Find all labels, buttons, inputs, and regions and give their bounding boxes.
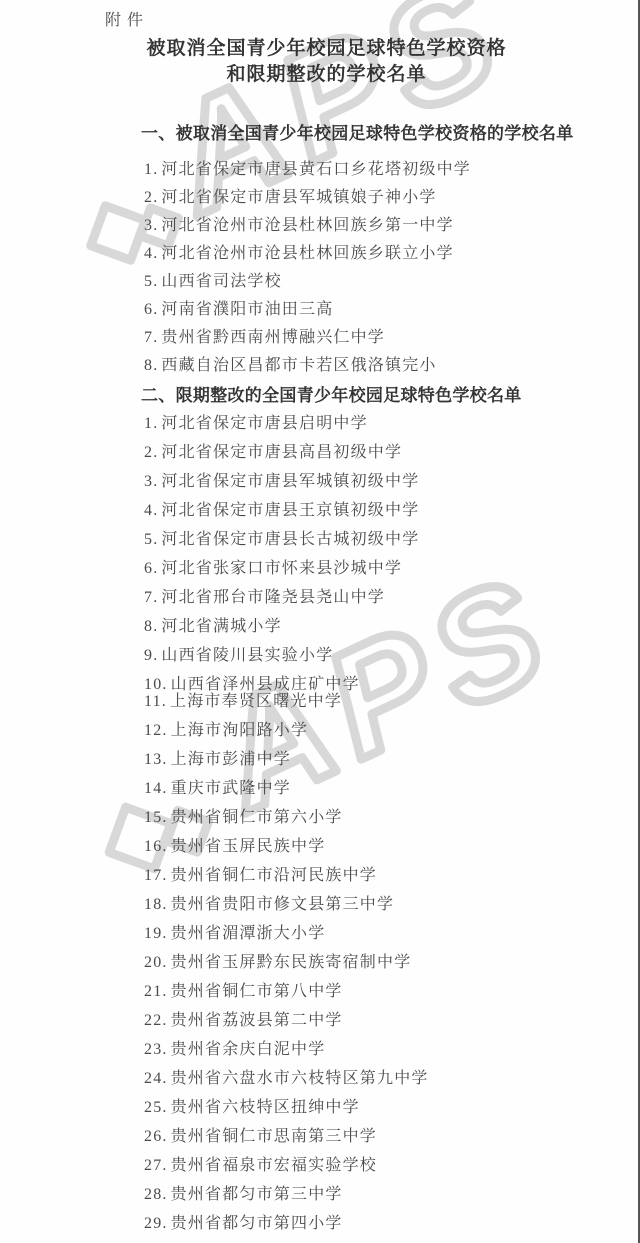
school-list-item: 3.河北省保定市唐县军城镇初级中学 [144, 473, 548, 491]
item-number: 6. [144, 560, 158, 577]
school-name: 贵州省玉屏民族中学 [171, 838, 326, 855]
school-list-item: 12.上海市洵阳路小学 [144, 722, 548, 740]
school-list-item: 7.贵州省黔西南州博融兴仁中学 [144, 329, 548, 347]
school-name: 河北省保定市唐县王京镇初级中学 [161, 502, 419, 519]
item-number: 16. [144, 838, 168, 855]
document-body: 附件 被取消全国青少年校园足球特色学校资格 和限期整改的学校名单 一、被取消全国… [0, 0, 548, 1233]
school-name: 山西省司法学校 [161, 273, 281, 290]
item-number: 22. [144, 1012, 168, 1029]
school-list-item: 19.贵州省湄潭浙大小学 [144, 925, 548, 943]
school-list-item: 28.贵州省都匀市第三中学 [144, 1186, 548, 1204]
school-list-item: 4.河北省沧州市沧县杜林回族乡联立小学 [144, 245, 548, 263]
school-name: 河北省张家口市怀来县沙城中学 [161, 560, 402, 577]
item-number: 8. [144, 618, 158, 635]
school-list-item: 5.山西省司法学校 [144, 273, 548, 291]
school-name: 贵州省黔西南州博融兴仁中学 [161, 329, 385, 346]
school-name: 河北省满城小学 [161, 618, 281, 635]
school-name: 贵州省铜仁市第八中学 [171, 983, 343, 1000]
section-2-heading: 二、限期整改的全国青少年校园足球特色学校名单 [141, 385, 548, 407]
item-number: 28. [144, 1186, 168, 1203]
school-name: 河北省邢台市隆尧县尧山中学 [161, 589, 385, 606]
item-number: 6. [144, 301, 158, 318]
school-list-item: 8.西藏自治区昌都市卡若区俄洛镇完小 [144, 357, 548, 375]
school-list-item: 1.河北省保定市唐县启明中学 [144, 415, 548, 433]
item-number: 3. [144, 473, 158, 490]
item-number: 1. [144, 415, 158, 432]
item-number: 7. [144, 329, 158, 346]
item-number: 4. [144, 502, 158, 519]
school-name: 河北省保定市唐县军城镇娘子神小学 [161, 189, 436, 206]
school-name: 贵州省六盘水市六枝特区第九中学 [171, 1070, 429, 1087]
item-number: 12. [144, 722, 168, 739]
school-list-item: 26.贵州省铜仁市思南第三中学 [144, 1128, 548, 1146]
item-number: 8. [144, 357, 158, 374]
school-list-item: 22.贵州省荔波县第二中学 [144, 1012, 548, 1030]
school-list-item: 6.河北省张家口市怀来县沙城中学 [144, 560, 548, 578]
school-list-item: 25.贵州省六枝特区扭绅中学 [144, 1099, 548, 1117]
item-number: 15. [144, 809, 168, 826]
item-number: 18. [144, 896, 168, 913]
item-number: 14. [144, 780, 168, 797]
school-name: 上海市洵阳路小学 [171, 722, 309, 739]
section-rectification-schools: 二、限期整改的全国青少年校园足球特色学校名单 1.河北省保定市唐县启明中学 2.… [105, 385, 548, 1233]
school-list-item: 8.河北省满城小学 [144, 618, 548, 636]
item-number: 25. [144, 1099, 168, 1116]
school-list-item: 17.贵州省铜仁市沿河民族中学 [144, 867, 548, 885]
document-title: 被取消全国青少年校园足球特色学校资格 和限期整改的学校名单 [105, 36, 548, 88]
item-number: 20. [144, 954, 168, 971]
document-title-line-1: 被取消全国青少年校园足球特色学校资格 [105, 36, 548, 62]
school-name: 贵州省都匀市第四小学 [171, 1215, 343, 1232]
school-name: 上海市彭浦中学 [171, 751, 291, 768]
school-list-item: 11.上海市奉贤区曙光中学 [144, 693, 548, 711]
document-title-line-2: 和限期整改的学校名单 [105, 62, 548, 88]
item-number: 1. [144, 161, 158, 178]
school-list-item: 2.河北省保定市唐县高昌初级中学 [144, 444, 548, 462]
item-number: 24. [144, 1070, 168, 1087]
school-list-item: 2.河北省保定市唐县军城镇娘子神小学 [144, 189, 548, 207]
attachment-label: 附件 [105, 12, 548, 30]
item-number: 27. [144, 1157, 168, 1174]
section-1-school-list: 1.河北省保定市唐县黄石口乡花塔初级中学 2.河北省保定市唐县军城镇娘子神小学 … [144, 161, 548, 375]
school-name: 贵州省铜仁市沿河民族中学 [171, 867, 377, 884]
school-list-item: 5.河北省保定市唐县长古城初级中学 [144, 531, 548, 549]
school-list-item: 9.山西省陵川县实验小学 [144, 647, 548, 665]
school-name: 河北省保定市唐县军城镇初级中学 [161, 473, 419, 490]
school-name: 重庆市武隆中学 [171, 780, 291, 797]
school-name: 贵州省都匀市第三中学 [171, 1186, 343, 1203]
section-2-school-list: 1.河北省保定市唐县启明中学 2.河北省保定市唐县高昌初级中学 3.河北省保定市… [144, 415, 548, 1233]
item-number: 29. [144, 1215, 168, 1232]
school-name: 河北省保定市唐县启明中学 [161, 415, 367, 432]
school-list-item: 3.河北省沧州市沧县杜林回族乡第一中学 [144, 217, 548, 235]
school-list-item: 21.贵州省铜仁市第八中学 [144, 983, 548, 1001]
item-number: 26. [144, 1128, 168, 1145]
school-list-item: 14.重庆市武隆中学 [144, 780, 548, 798]
item-number: 5. [144, 273, 158, 290]
school-name: 河北省保定市唐县高昌初级中学 [161, 444, 402, 461]
school-list-item: 24.贵州省六盘水市六枝特区第九中学 [144, 1070, 548, 1088]
item-number: 9. [144, 647, 158, 664]
school-list-item: 6.河南省濮阳市油田三高 [144, 301, 548, 319]
item-number: 3. [144, 217, 158, 234]
school-list-item: 1.河北省保定市唐县黄石口乡花塔初级中学 [144, 161, 548, 179]
school-list-item: 10.山西省泽州县成庄矿中学 [144, 676, 548, 694]
school-list-item: 29.贵州省都匀市第四小学 [144, 1215, 548, 1233]
school-list-item: 16.贵州省玉屏民族中学 [144, 838, 548, 856]
item-number: 19. [144, 925, 168, 942]
school-name: 西藏自治区昌都市卡若区俄洛镇完小 [161, 357, 436, 374]
school-name: 河北省沧州市沧县杜林回族乡联立小学 [161, 245, 453, 262]
item-number: 4. [144, 245, 158, 262]
item-number: 7. [144, 589, 158, 606]
school-name: 贵州省玉屏黔东民族寄宿制中学 [171, 954, 412, 971]
item-number: 2. [144, 189, 158, 206]
school-name: 贵州省贵阳市修文县第三中学 [171, 896, 395, 913]
school-list-item: 18.贵州省贵阳市修文县第三中学 [144, 896, 548, 914]
school-name: 河北省保定市唐县长古城初级中学 [161, 531, 419, 548]
item-number: 10. [144, 676, 168, 693]
school-list-item: 4.河北省保定市唐县王京镇初级中学 [144, 502, 548, 520]
school-name: 山西省泽州县成庄矿中学 [171, 676, 360, 693]
school-list-item: 13.上海市彭浦中学 [144, 751, 548, 769]
school-name: 贵州省余庆白泥中学 [171, 1041, 326, 1058]
school-name: 山西省陵川县实验小学 [161, 647, 333, 664]
item-number: 2. [144, 444, 158, 461]
school-list-item: 23.贵州省余庆白泥中学 [144, 1041, 548, 1059]
item-number: 11. [144, 693, 167, 710]
item-number: 17. [144, 867, 168, 884]
school-list-item: 15.贵州省铜仁市第六小学 [144, 809, 548, 827]
school-name: 贵州省荔波县第二中学 [171, 1012, 343, 1029]
item-number: 13. [144, 751, 168, 768]
section-1-heading: 一、被取消全国青少年校园足球特色学校资格的学校名单 [141, 123, 548, 145]
school-list-item: 20.贵州省玉屏黔东民族寄宿制中学 [144, 954, 548, 972]
school-name: 河北省沧州市沧县杜林回族乡第一中学 [161, 217, 453, 234]
school-list-item: 27.贵州省福泉市宏福实验学校 [144, 1157, 548, 1175]
item-number: 21. [144, 983, 168, 1000]
school-name: 贵州省铜仁市思南第三中学 [171, 1128, 377, 1145]
school-name: 上海市奉贤区曙光中学 [170, 693, 342, 710]
page: APS APS 附件 被取消全国青少年校园足球特色学校资格 和限期整改的学校名单… [0, 0, 640, 1243]
item-number: 5. [144, 531, 158, 548]
school-name: 贵州省湄潭浙大小学 [171, 925, 326, 942]
school-name: 贵州省六枝特区扭绅中学 [171, 1099, 360, 1116]
school-name: 贵州省铜仁市第六小学 [171, 809, 343, 826]
school-name: 河北省保定市唐县黄石口乡花塔初级中学 [161, 161, 471, 178]
school-name: 贵州省福泉市宏福实验学校 [171, 1157, 377, 1174]
school-list-item: 7.河北省邢台市隆尧县尧山中学 [144, 589, 548, 607]
section-revoked-schools: 一、被取消全国青少年校园足球特色学校资格的学校名单 1.河北省保定市唐县黄石口乡… [105, 123, 548, 375]
school-name: 河南省濮阳市油田三高 [161, 301, 333, 318]
item-number: 23. [144, 1041, 168, 1058]
